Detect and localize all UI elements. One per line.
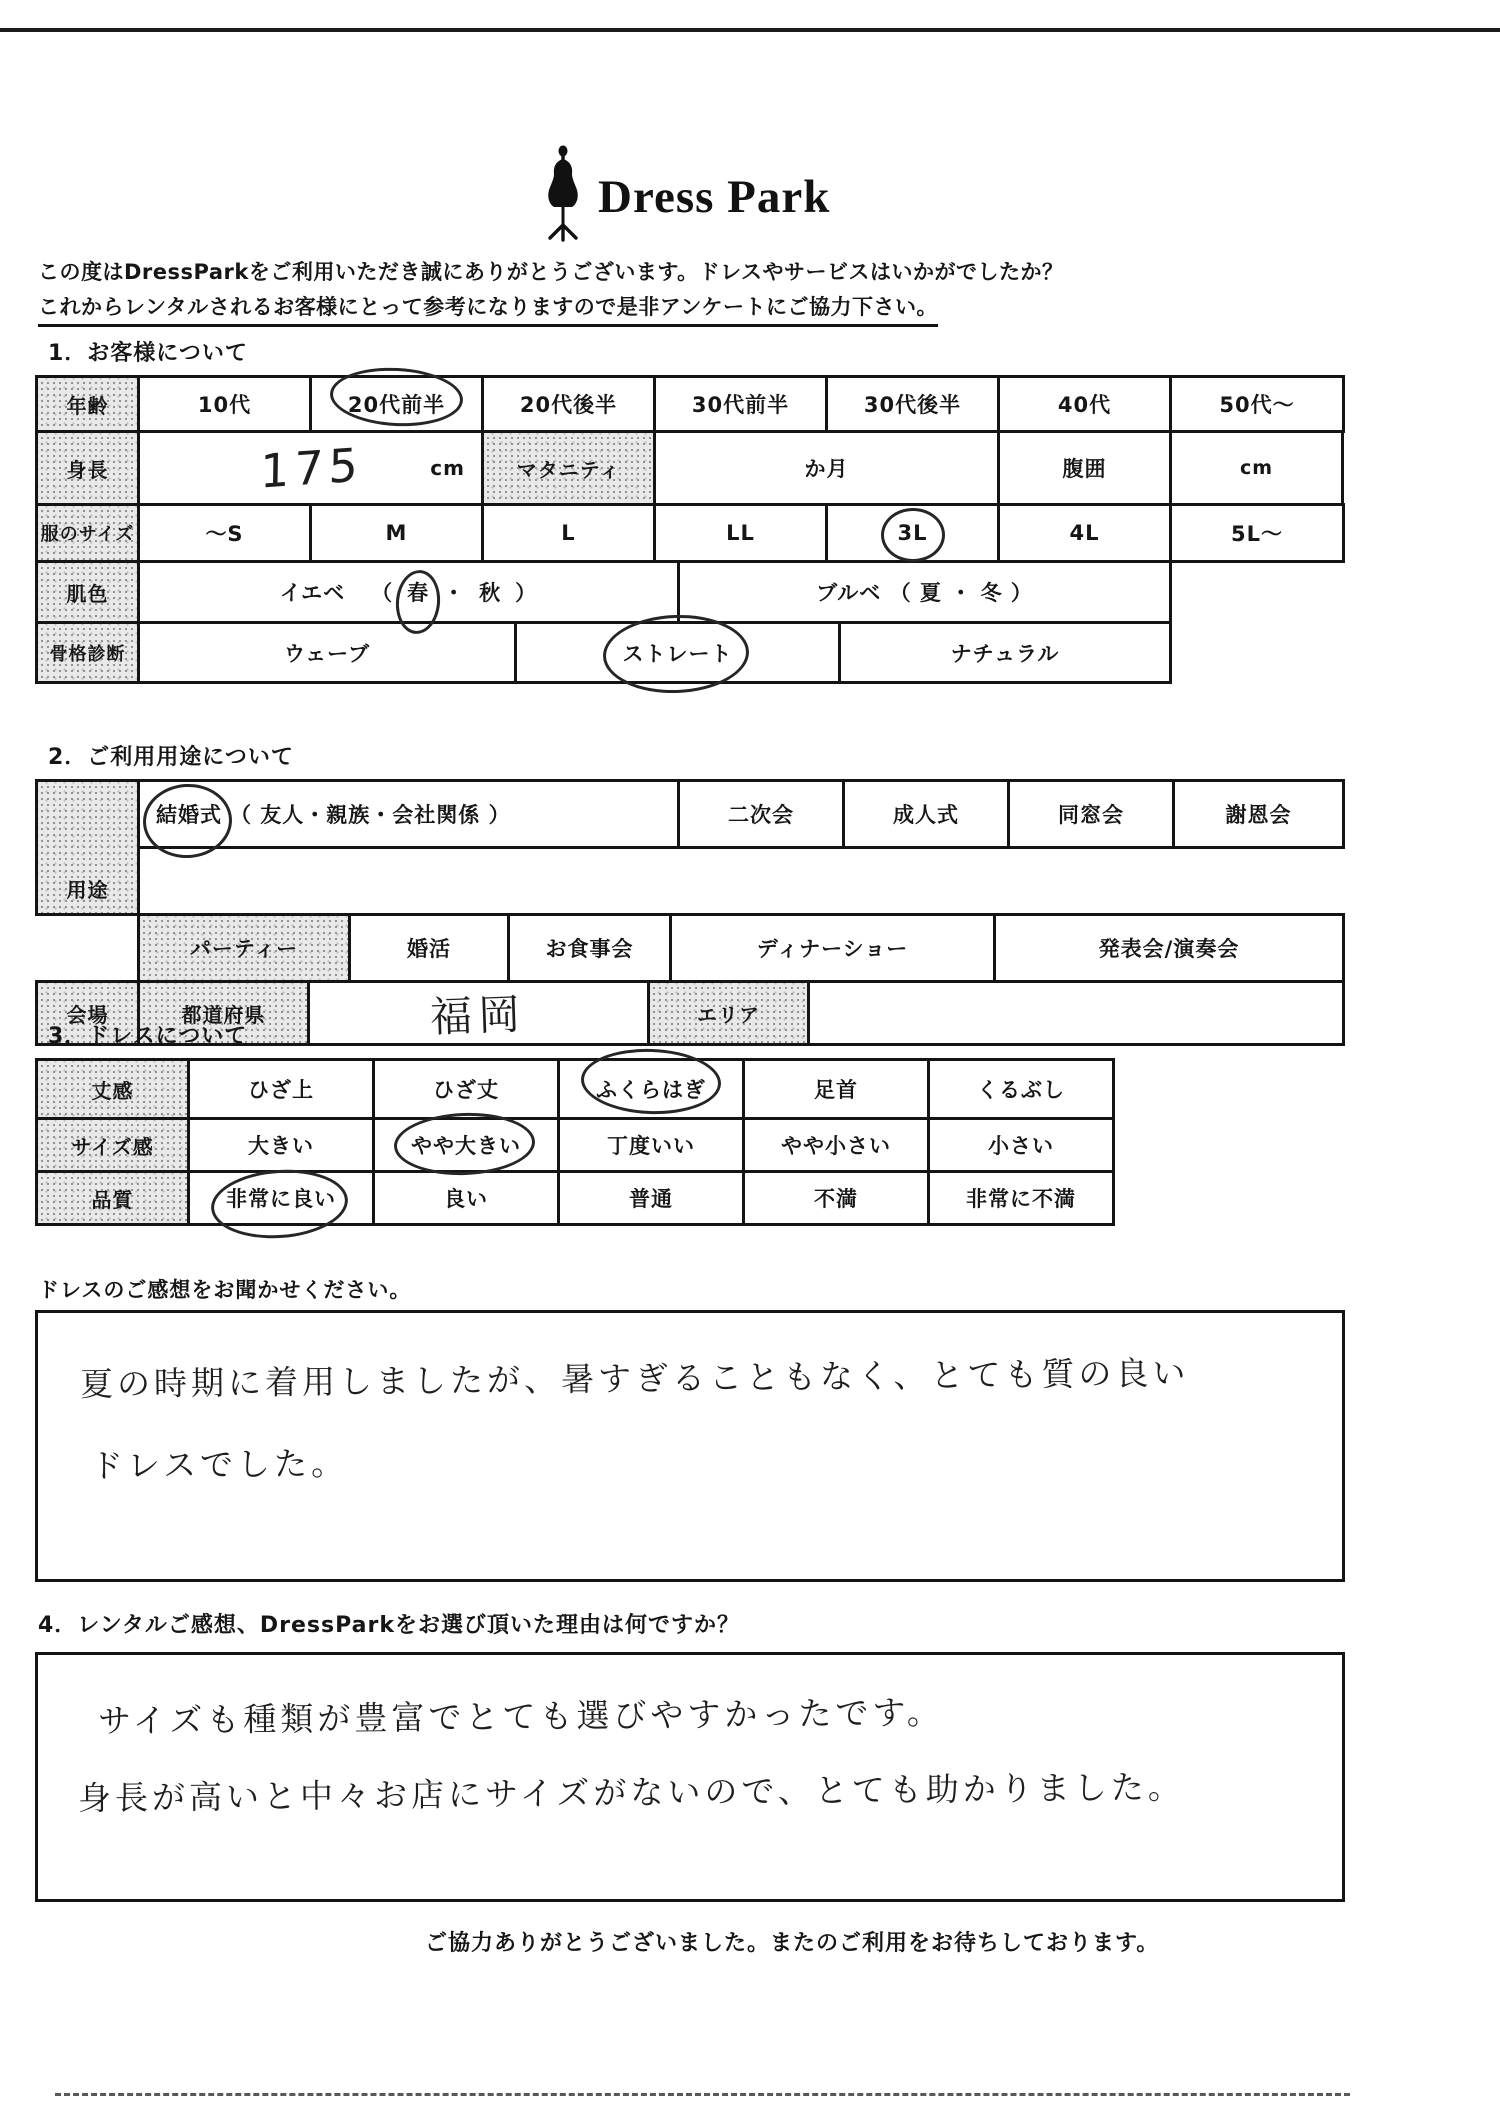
frame-diagnosis-row: 骨格診断 ウェーブ ストレート ナチュラル — [35, 621, 1172, 684]
size-option-l: L — [481, 503, 656, 563]
height-row: 身長 175 cm マタニティ か月 腹囲 cm — [35, 430, 1344, 506]
age-option-10s: 10代 — [137, 375, 312, 433]
dresspark-logo: Dress Park — [540, 145, 830, 243]
usage-option-afterparty: 二次会 — [677, 779, 845, 849]
size-option-m: M — [309, 503, 484, 563]
skin-cool-cell: ブルベ （ 夏 ・ 冬 ） — [677, 560, 1172, 624]
length-option-above-knee: ひざ上 — [187, 1058, 375, 1120]
rental-reason-box: サイズも種類が豊富でとても選びやすかったです。 身長が高いと中々お店にサイズがな… — [35, 1652, 1345, 1902]
pen-circle-mark: 20代前半 — [348, 389, 445, 419]
pen-circle-mark: ふくらはぎ — [596, 1074, 706, 1104]
pen-circle-mark: やや大きい — [411, 1130, 521, 1160]
skin-warm-cell: イエベ （ 春 ・ 秋 ） — [137, 560, 680, 624]
section3-title: 3．ドレスについて — [48, 1019, 247, 1050]
handwritten-reason-line2: 身長が高いと中々お店にサイズがないので、とても助かりました。 — [78, 1761, 1185, 1820]
age-option-early20s-selected: 20代前半 — [309, 375, 484, 433]
section4-title: 4．レンタルご感想、DressParkをお選び頂いた理由は何ですか？ — [38, 1608, 740, 1639]
length-label: 丈感 — [35, 1058, 190, 1120]
intro-line1: この度はDressParkをご利用いただき誠にありがとうございます。ドレスやサー… — [38, 256, 1064, 286]
waist-label-cell: 腹囲 — [997, 430, 1172, 506]
area-value-cell-empty — [807, 980, 1345, 1046]
skin-tone-label: 肌色 — [35, 560, 140, 624]
age-option-late20s: 20代後半 — [481, 375, 656, 433]
brand-name: Dress Park — [598, 170, 830, 224]
size-option-5l: 5L～ — [1169, 503, 1345, 563]
fit-row: サイズ感 大きい やや大きい 丁度いい やや小さい 小さい — [35, 1117, 1115, 1173]
size-option-4l: 4L — [997, 503, 1172, 563]
fit-option-small: 小さい — [927, 1117, 1115, 1173]
fit-option-slightly-small: やや小さい — [742, 1117, 930, 1173]
age-option-40s: 40代 — [997, 375, 1172, 433]
length-option-ankle: 足首 — [742, 1058, 930, 1120]
usage-option-reunion: 同窓会 — [1007, 779, 1175, 849]
dress-feedback-box: 夏の時期に着用しましたが、暑すぎることもなく、とても質の良い ドレスでした。 — [35, 1310, 1345, 1582]
section1-title: 1．お客様について — [48, 336, 248, 367]
size-option-3l-selected: 3L — [825, 503, 1000, 563]
usage-row2: パーティー 婚活 お食事会 ディナーショー 発表会/演奏会 — [35, 913, 1345, 983]
pen-circle-mark: ストレート — [623, 638, 733, 668]
handwritten-reason-line1: サイズも種類が豊富でとても選びやすかったです。 — [98, 1687, 944, 1743]
handwritten-feedback-line1: 夏の時期に着用しましたが、暑すぎることもなく、とても質の良い — [80, 1347, 1190, 1406]
pen-circle-mark: 結婚式 — [156, 799, 222, 829]
usage-option-dinner-meeting: お食事会 — [507, 913, 672, 983]
maternity-months-cell: か月 — [653, 430, 1000, 506]
age-row: 年齢 10代 20代前半 20代後半 30代前半 30代後半 40代 50代～ — [35, 375, 1345, 433]
fit-option-big: 大きい — [187, 1117, 375, 1173]
fit-option-just-right: 丁度いい — [557, 1117, 745, 1173]
quality-row: 品質 非常に良い 良い 普通 不満 非常に不満 — [35, 1170, 1115, 1226]
clothes-size-label: 服のサイズ — [35, 503, 140, 563]
handwritten-prefecture: 福岡 — [429, 981, 527, 1044]
area-label: エリア — [647, 980, 810, 1046]
age-label: 年齢 — [35, 375, 140, 433]
height-value-cell: 175 cm — [137, 430, 484, 506]
dress-table: 丈感 ひざ上 ひざ丈 ふくらはぎ 足首 くるぶし サイズ感 大きい やや大きい … — [35, 1058, 1115, 1226]
usage-option-thanks-party: 謝恩会 — [1172, 779, 1345, 849]
usage-option-konkatsu: 婚活 — [348, 913, 510, 983]
usage-option-recital: 発表会/演奏会 — [993, 913, 1345, 983]
age-option-early30s: 30代前半 — [653, 375, 828, 433]
length-option-anklebone: くるぶし — [927, 1058, 1115, 1120]
height-unit: cm — [430, 456, 465, 480]
quality-option-good: 良い — [372, 1170, 560, 1226]
intro-line2: これからレンタルされるお客様にとって参考になりますので是非アンケートにご協力下さ… — [38, 291, 938, 327]
pen-circle-mark: 非常に良い — [226, 1183, 336, 1213]
waist-unit-cell: cm — [1169, 430, 1344, 506]
usage-option-coming-of-age: 成人式 — [842, 779, 1010, 849]
age-option-late30s: 30代後半 — [825, 375, 1000, 433]
clothes-size-row: 服のサイズ ～S M L LL 3L 4L 5L～ — [35, 503, 1345, 563]
frame-option-straight-selected: ストレート — [514, 621, 841, 684]
maternity-label: マタニティ — [481, 430, 656, 506]
pen-circle-mark: 春 — [407, 577, 429, 607]
skin-tone-row: 肌色 イエベ （ 春 ・ 秋 ） ブルベ （ 夏 ・ 冬 ） — [35, 560, 1172, 624]
quality-option-normal: 普通 — [557, 1170, 745, 1226]
usage-option-dinner-show: ディナーショー — [669, 913, 996, 983]
quality-label: 品質 — [35, 1170, 190, 1226]
length-row: 丈感 ひざ上 ひざ丈 ふくらはぎ 足首 くるぶし — [35, 1058, 1115, 1120]
quality-option-very-unsatisfied: 非常に不満 — [927, 1170, 1115, 1226]
scan-artifact-bottom-line — [55, 2093, 1350, 2096]
age-option-50s: 50代～ — [1169, 375, 1345, 433]
fit-label: サイズ感 — [35, 1117, 190, 1173]
handwritten-feedback-line2: ドレスでした。 — [90, 1438, 348, 1488]
quality-option-unsatisfied: 不満 — [742, 1170, 930, 1226]
frame-option-wave: ウェーブ — [137, 621, 517, 684]
prefecture-value-cell: 福岡 — [307, 980, 650, 1046]
pen-circle-mark: 3L — [898, 521, 928, 545]
handwritten-height: 175 — [260, 437, 364, 498]
section2-title: 2．ご利用用途について — [48, 740, 294, 771]
footer-thanks: ご協力ありがとうございました。またのご利用をお待ちしております。 — [425, 1926, 1159, 1957]
usage-option-party: パーティー — [137, 913, 351, 983]
customer-table: 年齢 10代 20代前半 20代後半 30代前半 30代後半 40代 50代～ … — [35, 375, 1345, 684]
size-option-ll: LL — [653, 503, 828, 563]
dress-feedback-prompt: ドレスのご感想をお聞かせください。 — [38, 1274, 411, 1304]
usage-label: 用途 — [35, 779, 140, 916]
frame-option-natural: ナチュラル — [838, 621, 1172, 684]
height-label: 身長 — [35, 430, 140, 506]
length-option-knee: ひざ丈 — [372, 1058, 560, 1120]
usage-option-wedding-selected: 結婚式 （ 友人・親族・会社関係 ） — [137, 779, 680, 849]
usage-table: 用途 結婚式 （ 友人・親族・会社関係 ） 二次会 成人式 同窓会 謝恩会 パー… — [35, 779, 1345, 1046]
scan-artifact-top-line — [0, 28, 1500, 32]
frame-label: 骨格診断 — [35, 621, 140, 684]
length-option-calf-selected: ふくらはぎ — [557, 1058, 745, 1120]
survey-scan-page: Dress Park この度はDressParkをご利用いただき誠にありがとうご… — [0, 0, 1500, 2127]
size-option-s: ～S — [137, 503, 312, 563]
usage-row1: 用途 結婚式 （ 友人・親族・会社関係 ） 二次会 成人式 同窓会 謝恩会 — [35, 779, 1345, 916]
dress-form-icon — [540, 145, 586, 243]
fit-option-slightly-big-selected: やや大きい — [372, 1117, 560, 1173]
quality-option-very-good-selected: 非常に良い — [187, 1170, 375, 1226]
